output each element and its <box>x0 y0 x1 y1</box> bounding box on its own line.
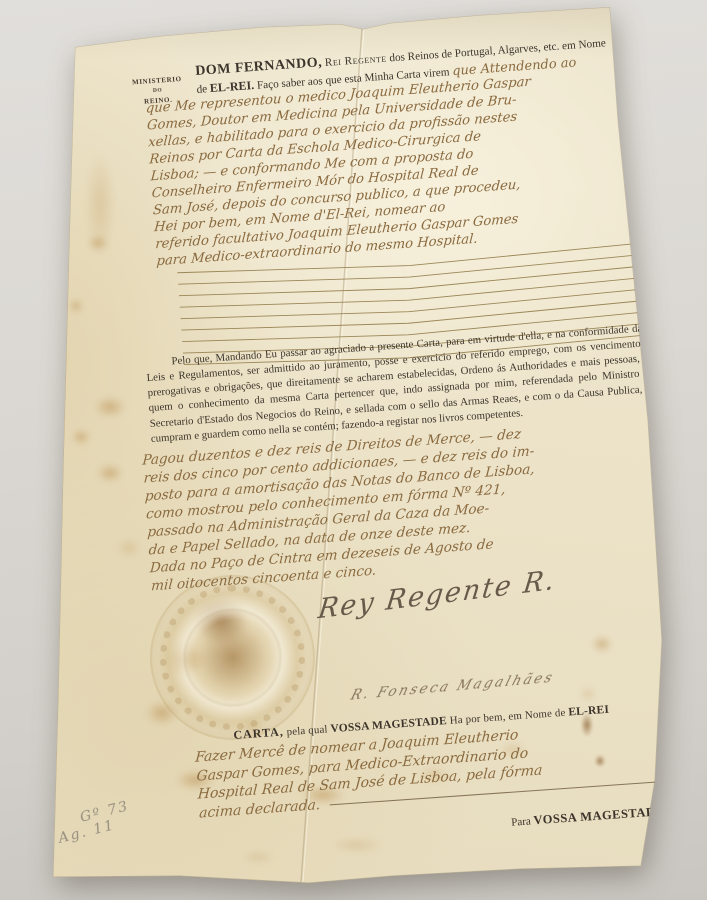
stain <box>68 426 94 448</box>
pencil-inventory-note: Gº 73 Ag. 11 <box>54 799 135 847</box>
el-rei-label: EL-REI. <box>209 77 254 94</box>
carta-label: CARTA, <box>233 724 284 741</box>
para-ver-line: Para VOSSA MAGESTADE ver. <box>398 803 683 838</box>
minister-signature: R. Fonseca Magalhães <box>349 669 557 703</box>
king-title: Rei Regente <box>324 53 387 69</box>
vossa-magestade-label: VOSSA MAGESTADE <box>533 804 665 827</box>
photo-backdrop: MINISTERIO DO REINO. DOM FERNANDO, Rei R… <box>0 0 707 900</box>
el-rei-label: EL-REI <box>568 704 610 719</box>
document-paper: MINISTERIO DO REINO. DOM FERNANDO, Rei R… <box>0 0 707 900</box>
document-content: MINISTERIO DO REINO. DOM FERNANDO, Rei R… <box>95 32 698 878</box>
para-label: Para <box>511 815 531 828</box>
intitulation-de: de <box>196 83 207 96</box>
stain <box>66 296 86 316</box>
manuscript-block-1: que Me representou o medico Joaquim Eleu… <box>145 66 656 270</box>
ver-label: ver. <box>667 805 684 818</box>
manuscript-block-2: Pagou duzentos e dez reis de Direitos de… <box>142 415 671 595</box>
closing-text: pela qual <box>286 723 328 738</box>
